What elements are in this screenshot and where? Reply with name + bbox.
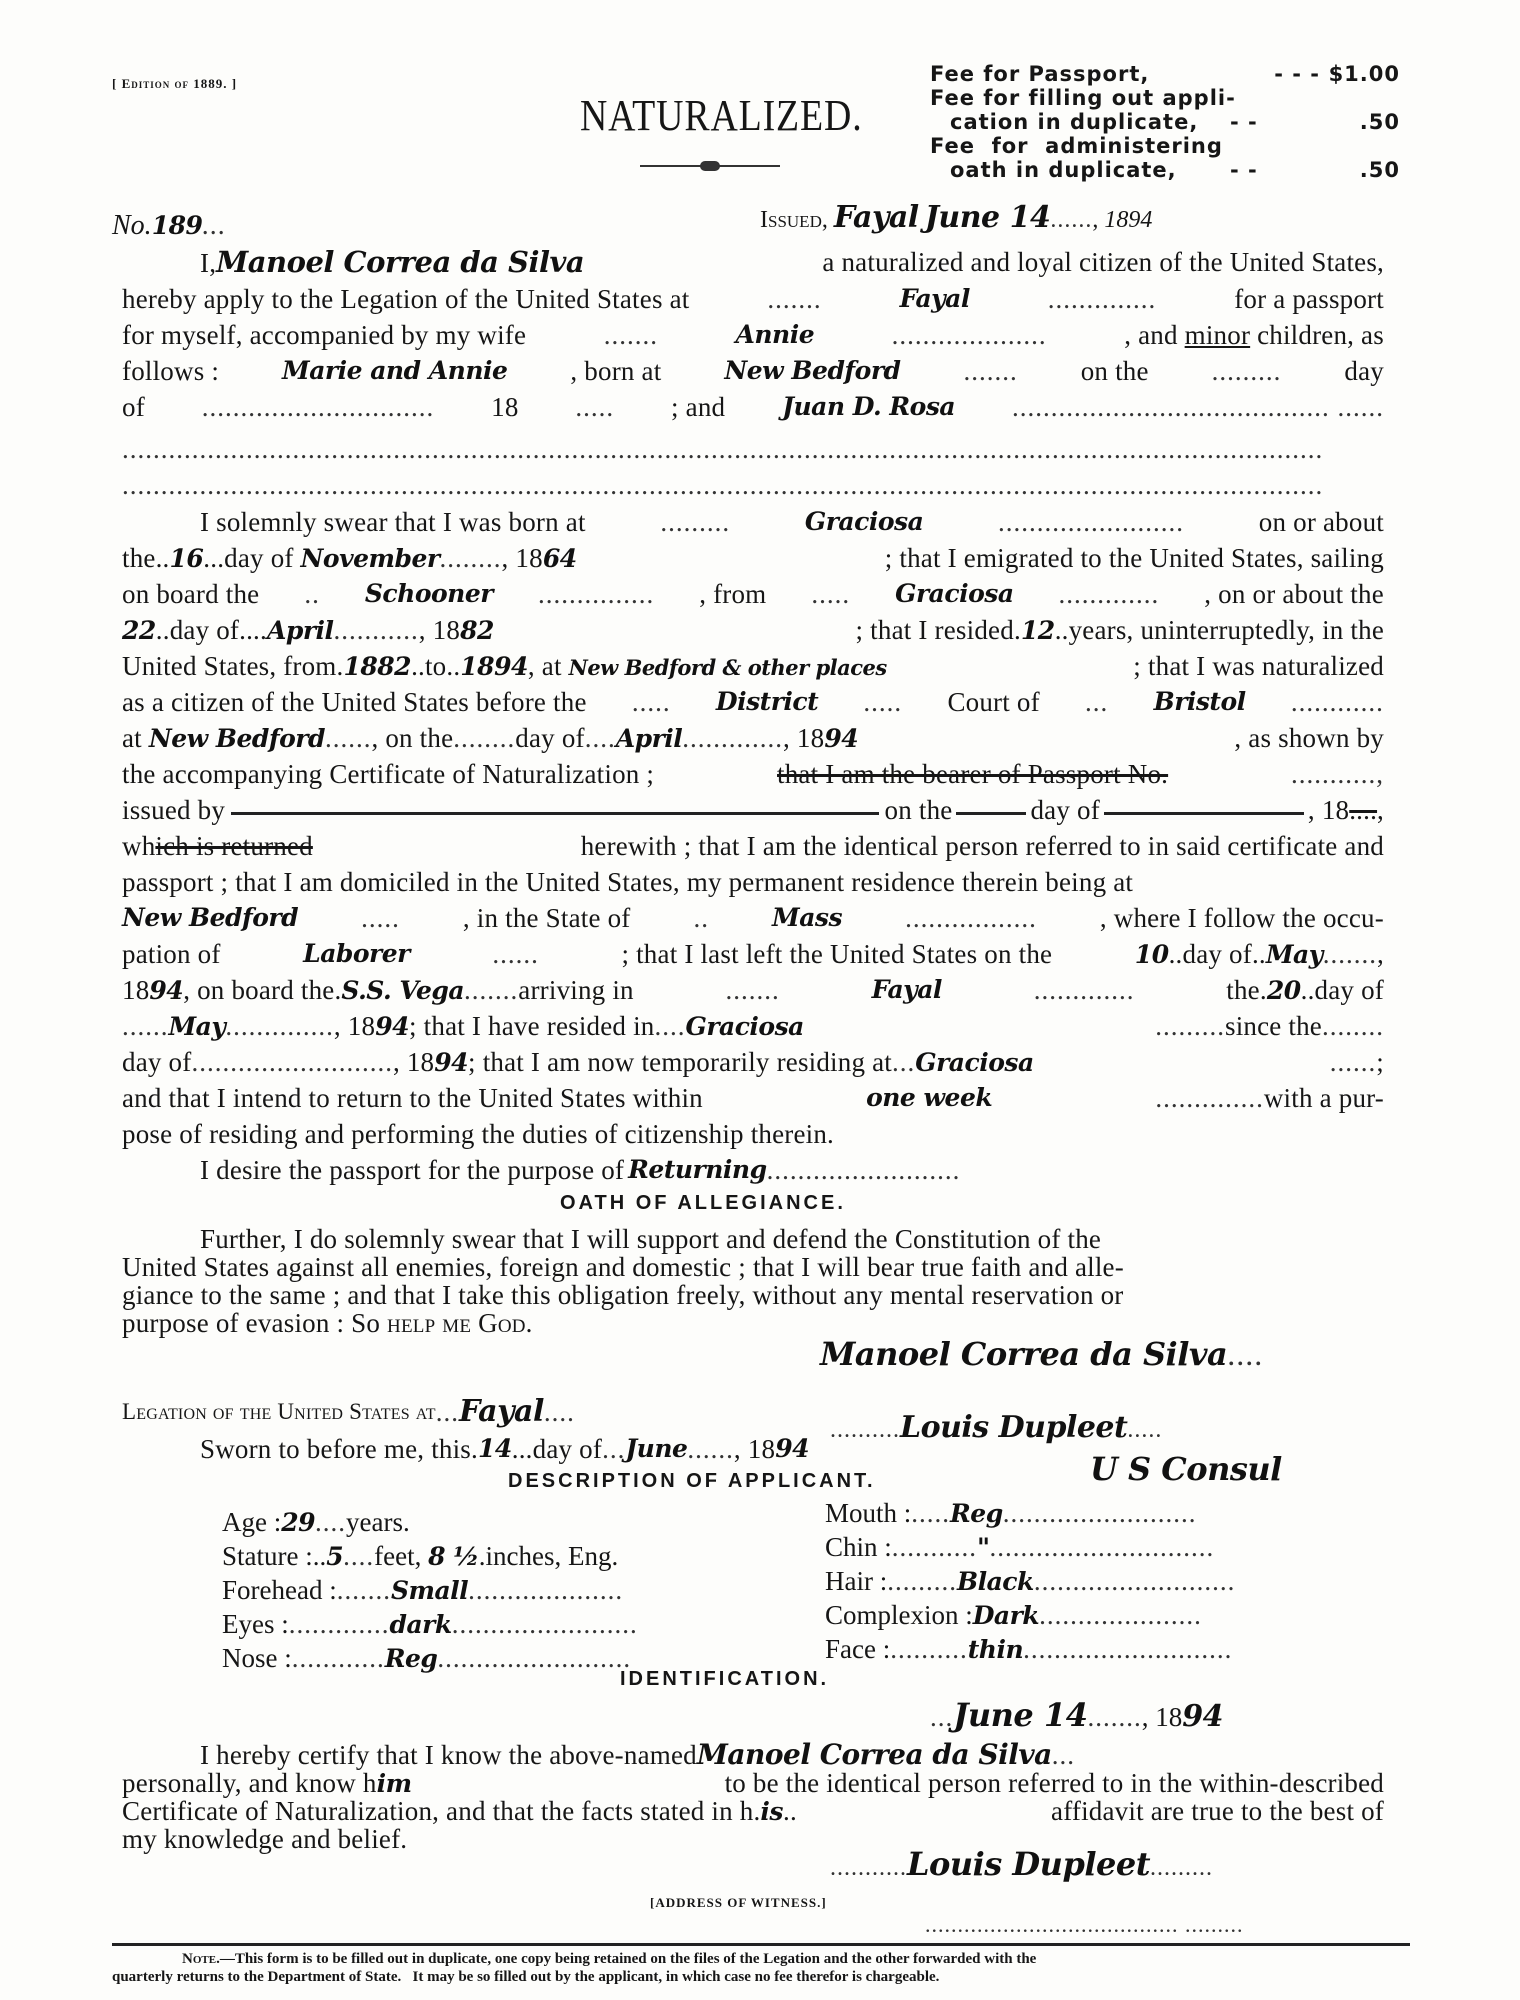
fee-table: Fee for Passport, - - - $1.00 Fee for fi… bbox=[930, 62, 1450, 182]
identification-heading: IDENTIFICATION. bbox=[620, 1668, 829, 1691]
desc-complexion: Complexion :Dark..................... bbox=[825, 1598, 1202, 1633]
applicant-line: I,Manoel Correa da Silva a naturalized a… bbox=[200, 245, 1384, 280]
state-line: New Bedford..... , in the State of.. Mas… bbox=[122, 901, 1384, 935]
title-ornament-center bbox=[700, 161, 720, 171]
birth-month: November bbox=[301, 544, 440, 573]
fee-row: Fee for administering bbox=[930, 134, 1450, 158]
certificate-line: the accompanying Certificate of Naturali… bbox=[122, 757, 1384, 791]
legation-sworn-place: Fayal bbox=[459, 1395, 544, 1429]
emigration-from: Graciosa bbox=[895, 577, 1013, 611]
birthplace: Graciosa bbox=[805, 505, 923, 539]
witness-signature: ...........Louis Dupleet......... bbox=[830, 1845, 1213, 1883]
desc-mouth: Mouth :.....Reg......................... bbox=[825, 1496, 1196, 1531]
blank-dotted-line: ........................................… bbox=[122, 432, 1384, 466]
returned-line: which is returned herewith ; that I am t… bbox=[122, 829, 1384, 863]
emigration-ship: Schooner bbox=[365, 577, 493, 611]
fee-row: Fee for filling out appli- bbox=[930, 86, 1450, 110]
issued-year: 1894 bbox=[1104, 207, 1152, 233]
legation-line: hereby apply to the Legation of the Unit… bbox=[122, 282, 1384, 316]
departure-ship-line: 1894, on board the.S.S. Vega.......arriv… bbox=[122, 973, 1384, 1008]
identification-date: ...June 14......., 1894 bbox=[930, 1696, 1223, 1734]
purpose-line: I desire the passport for the purpose of… bbox=[200, 1153, 1384, 1187]
description-heading: DESCRIPTION OF APPLICANT. bbox=[508, 1470, 876, 1493]
applicant-name: Manoel Correa da Silva bbox=[216, 245, 584, 279]
desc-age: Age :29....years. bbox=[222, 1505, 410, 1540]
resided-abroad-in: Graciosa bbox=[685, 1012, 803, 1041]
children-line-2: of.............................. 18.....… bbox=[122, 390, 1384, 424]
arrival-month-line: ......May.............., 1894; that I ha… bbox=[122, 1009, 1384, 1044]
struck-returned-clause: ich is returned bbox=[155, 831, 312, 861]
children-line: follows : Marie and Annie , born at New … bbox=[122, 354, 1384, 388]
desc-chin: Chin :..........."......................… bbox=[825, 1530, 1214, 1565]
residence-state: Mass bbox=[772, 901, 842, 935]
return-within: one week bbox=[866, 1081, 992, 1115]
application-number-value: 189 bbox=[152, 211, 203, 240]
edition-label: [ Edition of 1889. ] bbox=[112, 76, 237, 92]
arrival-day: 20 bbox=[1267, 976, 1301, 1005]
children-birthplace: New Bedford bbox=[724, 354, 900, 388]
temporary-residence: Graciosa bbox=[915, 1048, 1033, 1077]
oath-heading: OATH OF ALLEGIANCE. bbox=[560, 1192, 846, 1215]
issued-date: June 14 bbox=[925, 200, 1051, 235]
left-us-day: 10 bbox=[1135, 940, 1169, 969]
years-resided: 12 bbox=[1021, 616, 1055, 645]
fee-row: oath in duplicate, - - .50 bbox=[930, 158, 1450, 182]
issued-place: Fayal bbox=[834, 200, 919, 235]
citizenship-duties-line: pose of residing and performing the duti… bbox=[122, 1117, 1384, 1151]
birth-year: 64 bbox=[543, 544, 577, 573]
birthdate-line: the..16...day of November........, 1864 … bbox=[122, 541, 1384, 576]
legation-sworn-line: Legation of the United States at... Faya… bbox=[122, 1395, 1384, 1429]
desc-hair: Hair :.........Black....................… bbox=[825, 1564, 1235, 1599]
children-names: Marie and Annie bbox=[282, 354, 507, 388]
desc-face: Face :..........thin....................… bbox=[825, 1632, 1232, 1667]
naturalization-place: New Bedford bbox=[149, 724, 325, 753]
struck-passport-clause: that I am the bearer of Passport No. bbox=[777, 757, 1168, 791]
footer-rule bbox=[112, 1943, 1410, 1946]
desc-eyes: Eyes :.............dark.................… bbox=[222, 1607, 638, 1642]
consul-signature: ..........Louis Dupleet..... bbox=[830, 1410, 1162, 1445]
desc-stature: Stature :..5....feet, 8 ½.inches, Eng. bbox=[222, 1539, 618, 1574]
emigration-month: April bbox=[267, 616, 334, 645]
emigration-year: 82 bbox=[460, 616, 494, 645]
application-number: No.189... bbox=[112, 210, 226, 242]
naturalization-month: April bbox=[616, 724, 683, 753]
ship-line: on board the.. Schooner............... ,… bbox=[122, 577, 1384, 611]
sworn-year: 94 bbox=[775, 1432, 809, 1466]
occupation-line: pation of Laborer...... ; that I last le… bbox=[122, 937, 1384, 972]
departure-ship: S.S. Vega bbox=[341, 976, 464, 1005]
second-child-name: Juan D. Rosa bbox=[782, 390, 955, 424]
fee-row: cation in duplicate, - - .50 bbox=[930, 110, 1450, 134]
sworn-day: 14 bbox=[478, 1432, 512, 1466]
resided-from: 1882 bbox=[343, 652, 411, 681]
wife-line: for myself, accompanied by my wife......… bbox=[122, 318, 1384, 352]
sworn-month: June bbox=[625, 1432, 687, 1466]
emigration-date-line: 22..day of....April..........., 1882 ; t… bbox=[122, 613, 1384, 648]
blank-dotted-line: ........................................… bbox=[122, 468, 1384, 502]
residence-period-line: United States, from.1882..to..1894, at N… bbox=[122, 649, 1384, 685]
resided-since-year: 94 bbox=[434, 1048, 468, 1077]
page-title: NATURALIZED. bbox=[580, 90, 863, 141]
return-intent-line: and that I intend to return to the Unite… bbox=[122, 1081, 1384, 1115]
left-us-year: 94 bbox=[149, 976, 183, 1005]
naturalization-year: 94 bbox=[824, 724, 858, 753]
emigration-day: 22 bbox=[122, 616, 156, 645]
naturalization-date-line: at New Bedford......, on the........day … bbox=[122, 721, 1384, 756]
legation-place: Fayal bbox=[900, 282, 970, 316]
resided-where: New Bedford & other places bbox=[569, 655, 887, 680]
fee-row: Fee for Passport, - - - $1.00 bbox=[930, 62, 1450, 86]
applicant-signature: Manoel Correa da Silva.... bbox=[820, 1335, 1263, 1373]
permanent-residence: New Bedford bbox=[122, 901, 298, 935]
court-name: District bbox=[716, 685, 818, 719]
desc-forehead: Forehead :.......Small..................… bbox=[222, 1573, 623, 1608]
arrival-year: 94 bbox=[375, 1012, 409, 1041]
wife-name: Annie bbox=[735, 318, 814, 352]
footer-note: Note.—This form is to be filled out in d… bbox=[112, 1950, 1410, 1986]
witness-address-label: [ADDRESS OF WITNESS.] bbox=[650, 1895, 827, 1911]
arrival-month: May bbox=[169, 1012, 226, 1041]
witness-address-line: ....................................... … bbox=[925, 1912, 1244, 1938]
resided-to: 1894 bbox=[460, 652, 528, 681]
birth-day: 16 bbox=[170, 544, 204, 573]
court-county: Bristol bbox=[1154, 685, 1246, 719]
arrival-place: Fayal bbox=[872, 973, 942, 1008]
issued-line: Issued, Fayal June 14......, 1894 bbox=[760, 200, 1152, 235]
issued-by-line: issued by on the day of , 18...., bbox=[122, 793, 1384, 827]
passport-purpose: Returning bbox=[628, 1153, 766, 1187]
desc-nose: Nose :............Reg...................… bbox=[222, 1641, 631, 1676]
birthplace-line: I solemnly swear that I was born at.....… bbox=[200, 505, 1384, 539]
consul-title: U S Consul bbox=[1090, 1450, 1282, 1488]
naturalization-court-line: as a citizen of the United States before… bbox=[122, 685, 1384, 719]
domicile-line: passport ; that I am domiciled in the Un… bbox=[122, 865, 1384, 899]
left-us-month: May bbox=[1266, 940, 1323, 969]
occupation: Laborer bbox=[303, 937, 410, 972]
temporary-residence-line: day of.........................., 1894; … bbox=[122, 1045, 1384, 1080]
